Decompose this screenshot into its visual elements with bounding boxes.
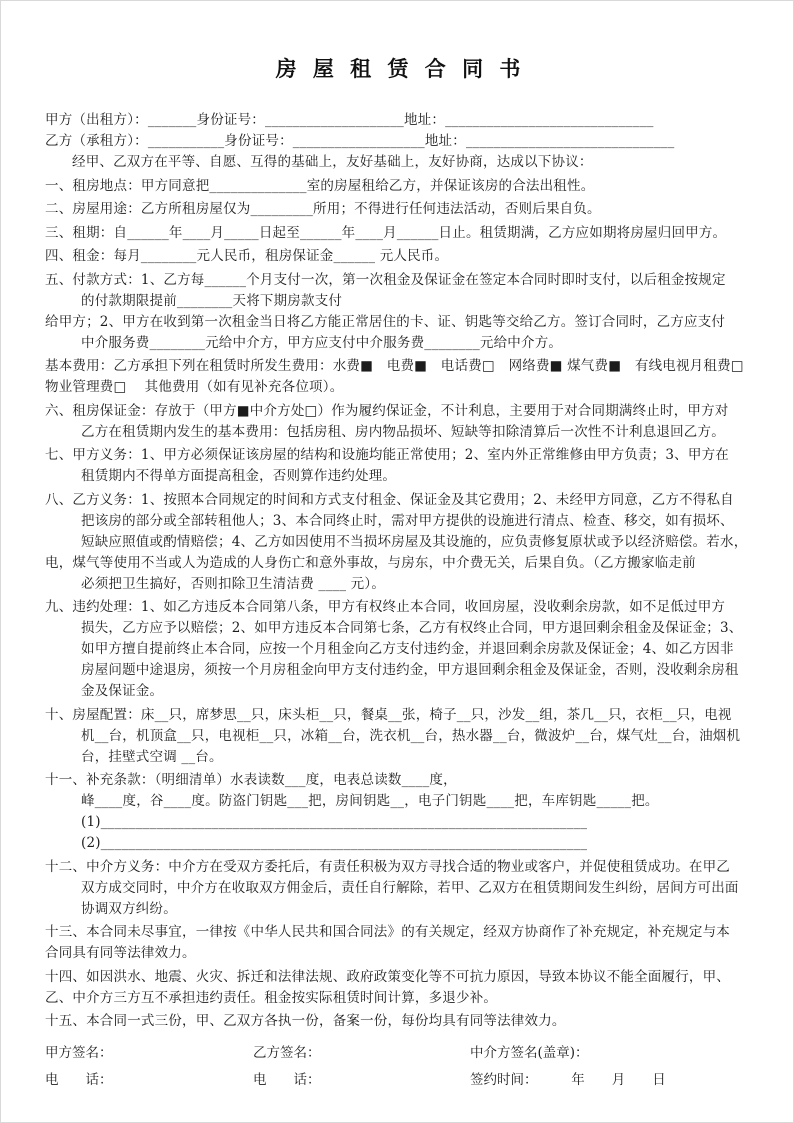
- signature-block: 甲方签名： 乙方签名： 中介方签名(盖章)： 电 话： 电 话： 签约时间： 年…: [45, 1040, 754, 1094]
- contract-line: 甲方（出租方）：_______身份证号：____________________…: [45, 110, 754, 131]
- contract-line: 五、付款方式：1、乙方每______个月支付一次，第一次租金及保证金在签定本合同…: [45, 270, 754, 291]
- contract-line: (2)_____________________________________…: [45, 833, 754, 854]
- contract-line: 四、租金：每月________元人民币，租房保证金______ 元人民币。: [45, 246, 754, 267]
- contract-line: 二、房屋用途：乙方所租房屋仅为_________所用；不得进行任何违法活动，否则…: [45, 199, 754, 220]
- party-b-phone-label: 电 话：: [253, 1067, 470, 1094]
- contract-line: 九、违约处理：1、如乙方违反本合同第八条，甲方有权终止本合同，收回房屋，没收剩余…: [45, 597, 754, 618]
- contract-line: 租赁期内不得单方面提高租金，否则算作违约处理。: [45, 466, 754, 487]
- contract-line: 一、租房地点：甲方同意把______________室的房屋租给乙方，并保证该房…: [45, 176, 754, 197]
- contract-line: 物业管理费□ 其他费用（如有见补充各位项）。: [45, 377, 754, 398]
- contract-line: 台，挂壁式空调 __台。: [45, 747, 754, 768]
- contract-line: 十三、本合同未尽事宜，一律按《中华人民共和国合同法》的有关规定，经双方协商作了补…: [45, 922, 754, 943]
- contract-line: 六、租房保证金：存放于（甲方■中介方处□）作为履约保证金，不计利息，主要用于对合…: [45, 401, 754, 422]
- contract-line: (1)_____________________________________…: [45, 812, 754, 833]
- contract-body: 甲方（出租方）：_______身份证号：____________________…: [45, 110, 754, 1032]
- contract-line: 房屋问题中途退房，须按一个月房租金向甲方支付违约金，甲方退回剩余租金及保证金，否…: [45, 660, 754, 681]
- contract-line: 七、甲方义务：1、甲方必须保证该房屋的结构和设施均能正常使用；2、室内外正常维修…: [45, 445, 754, 466]
- contract-line: 的付款期限提前________天将下期房款支付: [45, 291, 754, 312]
- party-a-phone-label: 电 话：: [45, 1067, 253, 1094]
- contract-line: 基本费用：乙方承担下列在租赁时所发生费用：水费■ 电费■ 电话费□ 网络费■ 煤…: [45, 356, 754, 377]
- contract-line: 电，煤气等使用不当或人为造成的人身伤亡和意外事故，与房东，中介费无关，后果自负。…: [45, 553, 754, 574]
- contract-line: 给甲方；2、甲方在收到第一次租金当日将乙方能正常居住的卡、证、钥匙等交给乙方。签…: [45, 312, 754, 333]
- contract-document-page: 房 屋 租 赁 合 同 书 甲方（出租方）：_______身份证号：______…: [0, 0, 794, 1123]
- signing-date-label: 签约时间： 年 月 日: [470, 1067, 754, 1094]
- contract-line: 损失，乙方应予以赔偿；2、如甲方违反本合同第七条，乙方有权终止合同，甲方退回剩余…: [45, 618, 754, 639]
- contract-line: 乙方（承租方）：___________身份证号：________________…: [45, 131, 754, 152]
- contract-line: 十二、中介方义务：中介方在受双方委托后，有责任积极为双方寻找合适的物业或客户，并…: [45, 857, 754, 878]
- contract-line: 十、房屋配置：床__只，席梦思__只，床头柜__只，餐桌__张，椅子__只，沙发…: [45, 705, 754, 726]
- contract-line: 经甲、乙双方在平等、自愿、互得的基础上，友好基础上，友好协商，达成以下协议：: [45, 152, 754, 173]
- contract-line: 把该房的部分或全部转租他人；3、本合同终止时，需对甲方提供的设施进行清点、检查、…: [45, 511, 754, 532]
- party-b-signature-label: 乙方签名：: [253, 1040, 470, 1067]
- page-title: 房 屋 租 赁 合 同 书: [45, 54, 754, 84]
- party-a-signature-label: 甲方签名：: [45, 1040, 253, 1067]
- contract-line: 机__台，机顶盒__只，电视柜__只，冰箱__台，洗衣机__台，热水器__台，微…: [45, 726, 754, 747]
- contract-line: 双方成交同时，中介方在收取双方佣金后，责任自行解除，若甲、乙双方在租赁期间发生纠…: [45, 878, 754, 899]
- contract-line: 三、租期：自______年____月_____日起至______年____月__…: [45, 223, 754, 244]
- contract-line: 必须把卫生搞好，否则扣除卫生清洁费 ____ 元）。: [45, 574, 754, 595]
- contract-line: 乙方在租赁期内发生的基本费用：包括房租、房内物品损坏、短缺等扣除清算后一次性不计…: [45, 422, 754, 443]
- contract-line: 金及保证金。: [45, 681, 754, 702]
- contract-line: 短缺应照值或酌情赔偿；4、乙方如因使用不当损坏房屋及其设施的，应负责修复原状或予…: [45, 532, 754, 553]
- contract-line: 十五、本合同一式三份，甲、乙双方各执一份，备案一份，每份均具有同等法律效力。: [45, 1011, 754, 1032]
- contract-line: 乙、中介方三方互不承担违约责任。租金按实际租赁时间计算，多退少补。: [45, 988, 754, 1009]
- contract-line: 峰____度，谷____度。防盗门钥匙___把，房间钥匙__，电子门钥匙____…: [45, 791, 754, 812]
- contract-line: 十四、如因洪水、地震、火灾、拆迁和法律法规、政府政策变化等不可抗力原因，导致本协…: [45, 967, 754, 988]
- contract-line: 协调双方纠纷。: [45, 899, 754, 920]
- contract-line: 如甲方擅自提前终止本合同，应按一个月租金向乙方支付违约金，并退回剩余房款及保证金…: [45, 639, 754, 660]
- contract-line: 八、乙方义务：1、按照本合同规定的时间和方式支付租金、保证金及其它费用；2、未经…: [45, 490, 754, 511]
- contract-line: 中介服务费________元给中介方，甲方应支付中介服务费________元给中…: [45, 333, 754, 354]
- agent-signature-label: 中介方签名(盖章)：: [470, 1040, 754, 1067]
- contract-line: 合同具有同等法律效力。: [45, 943, 754, 964]
- contract-line: 十一、补充条款：（明细清单）水表读数___度，电表总读数____度，: [45, 770, 754, 791]
